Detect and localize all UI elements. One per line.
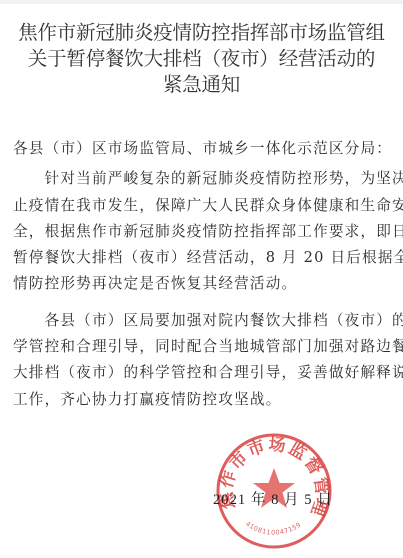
document-title: 焦作市新冠肺炎疫情防控指挥部市场监管组 关于暂停餐饮大排档（夜市）经营活动的 紧… <box>0 20 403 98</box>
top-edge <box>0 0 403 4</box>
issue-date: 2021 年 8 月 5 日 <box>213 488 333 509</box>
title-line-3: 紧急通知 <box>0 72 403 98</box>
title-line-2: 关于暂停餐饮大排档（夜市）经营活动的 <box>0 46 403 72</box>
salutation: 各县（市）区市场监管局、市城乡一体化示范区分局： <box>13 136 393 162</box>
paragraph-1-line: 情防控形势再决定是否恢复其经营活动。 <box>13 271 393 297</box>
paragraph-2-line: 学管控和合理引导，同时配合当地城管部门加强对路边餐饮 <box>13 334 393 360</box>
document-body: 各县（市）区市场监管局、市城乡一体化示范区分局： 针对当前严峻复杂的新冠肺炎疫情… <box>13 136 393 413</box>
paragraph-2-line: 各县（市）区局要加强对院内餐饮大排档（夜市）的科 <box>13 308 393 334</box>
paragraph-1-line: 全，根据焦作市新冠肺炎疫情防控指挥部工作要求，即日起， <box>13 219 393 245</box>
svg-text:4108110047159: 4108110047159 <box>244 520 303 537</box>
paragraph-2-line: 大排档（夜市）的科学管控和合理引导，妥善做好解释说明 <box>13 360 393 386</box>
paragraph-1-line: 暂停餐饮大排档（夜市）经营活动，8 月 20 日后根据全市疫 <box>13 245 393 271</box>
title-line-1: 焦作市新冠肺炎疫情防控指挥部市场监管组 <box>0 20 403 46</box>
paragraph-1: 针对当前严峻复杂的新冠肺炎疫情防控形势，为坚决阻 止疫情在我市发生，保障广大人民… <box>13 166 393 297</box>
paragraph-2-line: 工作，齐心协力打赢疫情防控攻坚战。 <box>13 387 393 413</box>
paragraph-2: 各县（市）区局要加强对院内餐饮大排档（夜市）的科 学管控和合理引导，同时配合当地… <box>13 308 393 413</box>
paragraph-1-line: 针对当前严峻复杂的新冠肺炎疫情防控形势，为坚决阻 <box>13 166 393 192</box>
seal-serial-number: 4108110047159 <box>244 520 303 537</box>
paragraph-1-line: 止疫情在我市发生，保障广大人民群众身体健康和生命安 <box>13 193 393 219</box>
